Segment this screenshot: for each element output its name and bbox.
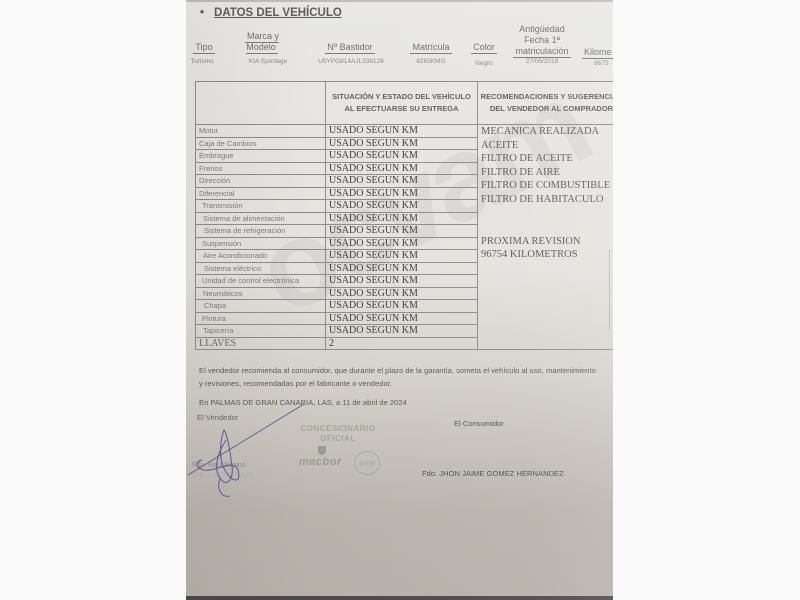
consumer-label: El Consumidor: [454, 419, 504, 428]
condition-item: Sistema eléctrico: [196, 262, 326, 275]
vehicle-header-registration: matriculación: [509, 46, 575, 57]
recommendation-paragraph: El vendedor recomienda al consumidor, qu…: [199, 364, 599, 390]
seller-signature-icon: [186, 400, 326, 500]
condition-item: Embrague: [196, 150, 326, 163]
condition-item: Frenos: [196, 162, 326, 175]
condition-state: USADO SEGÚN KM: [326, 125, 478, 138]
condition-state: USADO SEGÚN KM: [326, 225, 478, 238]
header-type-label: Tipo: [193, 42, 214, 54]
condition-table-header: SITUACIÓN Y ESTADO DEL VEHÍCULO AL EFECT…: [196, 82, 614, 125]
vehicle-color-value: Negro: [466, 60, 502, 67]
vehicle-registration-value: 27/06/2018: [509, 58, 575, 65]
condition-state: USADO SEGÚN KM: [326, 150, 478, 163]
condition-item: Dirección: [196, 175, 326, 188]
vehicle-brand-model-value: KIA Sportage: [238, 58, 298, 65]
header-brand-model-label: Marca y Modelo: [245, 31, 279, 54]
page-edge: [186, 0, 613, 2]
condition-item: Chapa: [196, 300, 326, 313]
condition-table: SITUACIÓN Y ESTADO DEL VEHÍCULO AL EFECT…: [195, 81, 613, 350]
keys-label: LLAVES: [196, 337, 326, 350]
condition-state: USADO SEGÚN KM: [326, 275, 478, 288]
condition-state: USADO SEGÚN KM: [326, 175, 478, 188]
vehicle-type-value: Turismo: [186, 58, 218, 65]
recommendation-line: 96754 KILOMETROS: [481, 248, 613, 262]
condition-state: USADO SEGÚN KM: [326, 312, 478, 325]
condition-state: USADO SEGÚN KM: [326, 262, 478, 275]
condition-state: USADO SEGÚN KM: [326, 300, 478, 313]
condition-item: Suspensión: [196, 237, 326, 250]
condition-item: Tapicería: [196, 325, 326, 338]
recommendation-line: FILTRO DE COMBUSTIBLE: [481, 179, 613, 193]
condition-item: Sistema de alimentación: [196, 212, 326, 225]
vehicle-header-color: Color: [466, 42, 502, 53]
header-registration-label: matriculación: [513, 46, 570, 58]
header-vin-label: Nº Bastidor: [325, 42, 374, 54]
condition-state: USADO SEGÚN KM: [326, 187, 478, 200]
header-item: [196, 82, 326, 125]
header-color-label: Color: [471, 42, 497, 54]
vehicle-header-vin: Nº Bastidor: [303, 42, 397, 53]
recommendation-line: FILTRO DE HABITACULO: [481, 193, 613, 207]
recommendation-line: [481, 221, 613, 235]
condition-item: Neumáticos: [196, 287, 326, 300]
header-km-label: Kilome: [582, 47, 613, 59]
recommendation-line: MECANICA REALIZADA: [481, 125, 613, 139]
condition-state: USADO SEGÚN KM: [326, 200, 478, 213]
condition-state: USADO SEGÚN KM: [326, 162, 478, 175]
photo-bottom-edge: [186, 596, 613, 600]
header-state: SITUACIÓN Y ESTADO DEL VEHÍCULO AL EFECT…: [326, 82, 478, 125]
condition-state: USADO SEGÚN KM: [326, 237, 478, 250]
vehicle-header-type: Tipo: [189, 42, 219, 53]
condition-item: Diferencial: [196, 187, 326, 200]
section-title-text: DATOS DEL VEHÍCULO: [214, 7, 342, 19]
vehicle-header-plate: Matrícula: [404, 42, 458, 53]
condition-item: Sistema de refrigeración: [196, 225, 326, 238]
vehicle-header-km: Kilome: [582, 47, 613, 58]
header-recommendations: RECOMENDACIONES Y SUGERENCIAS DEL VENDED…: [478, 82, 614, 125]
page-fold: [609, 250, 613, 330]
header-age-label: Antigüedad Fecha 1ª: [519, 24, 565, 45]
condition-item: Motor: [196, 125, 326, 138]
bullet-icon: •: [200, 7, 204, 19]
condition-state: USADO SEGÚN KM: [326, 212, 478, 225]
condition-state: USADO SEGÚN KM: [326, 287, 478, 300]
recommendations-cell: MECANICA REALIZADAACEITEFILTRO DE ACEITE…: [478, 125, 614, 350]
table-row: MotorUSADO SEGÚN KMMECANICA REALIZADAACE…: [196, 125, 614, 138]
condition-item: Pintura: [196, 312, 326, 325]
header-plate-label: Matrícula: [410, 42, 451, 54]
recommendation-line: PROXIMA REVISION: [481, 235, 613, 249]
condition-state: USADO SEGÚN KM: [326, 137, 478, 150]
condition-item: Unidad de control electrónica: [196, 275, 326, 288]
recommendation-line: FILTRO DE AIRE: [481, 166, 613, 180]
vehicle-vin-value: U5YPG814AJL538126: [304, 58, 398, 65]
vehicle-km-value: 8675: [594, 60, 613, 67]
recommendation-line: FILTRO DE ACEITE: [481, 152, 613, 166]
recommendation-line: ACEITE: [481, 139, 613, 153]
vehicle-header-brand-model: Marca y Modelo: [229, 31, 295, 53]
vehicle-plate-value: 6265KMG: [404, 58, 458, 65]
document-photo: ocvam •DATOS DEL VEHÍCULO Tipo Marca y M…: [186, 0, 613, 600]
condition-state: USADO SEGÚN KM: [326, 325, 478, 338]
recommendation-line: [481, 207, 613, 221]
condition-item: Transmisión: [196, 200, 326, 213]
section-title: •DATOS DEL VEHÍCULO: [200, 7, 342, 19]
condition-item: Aire Acondicionado: [196, 250, 326, 263]
keys-count: 2: [326, 337, 478, 350]
condition-item: Caja de Cambios: [196, 137, 326, 150]
consumer-signed-name: Fdo. JHON JAIME GOMEZ HERNANDEZ: [422, 469, 564, 478]
condition-state: USADO SEGÚN KM: [326, 250, 478, 263]
sym-logo: SYM: [354, 451, 380, 475]
vehicle-header-age: Antigüedad Fecha 1ª: [509, 24, 575, 46]
